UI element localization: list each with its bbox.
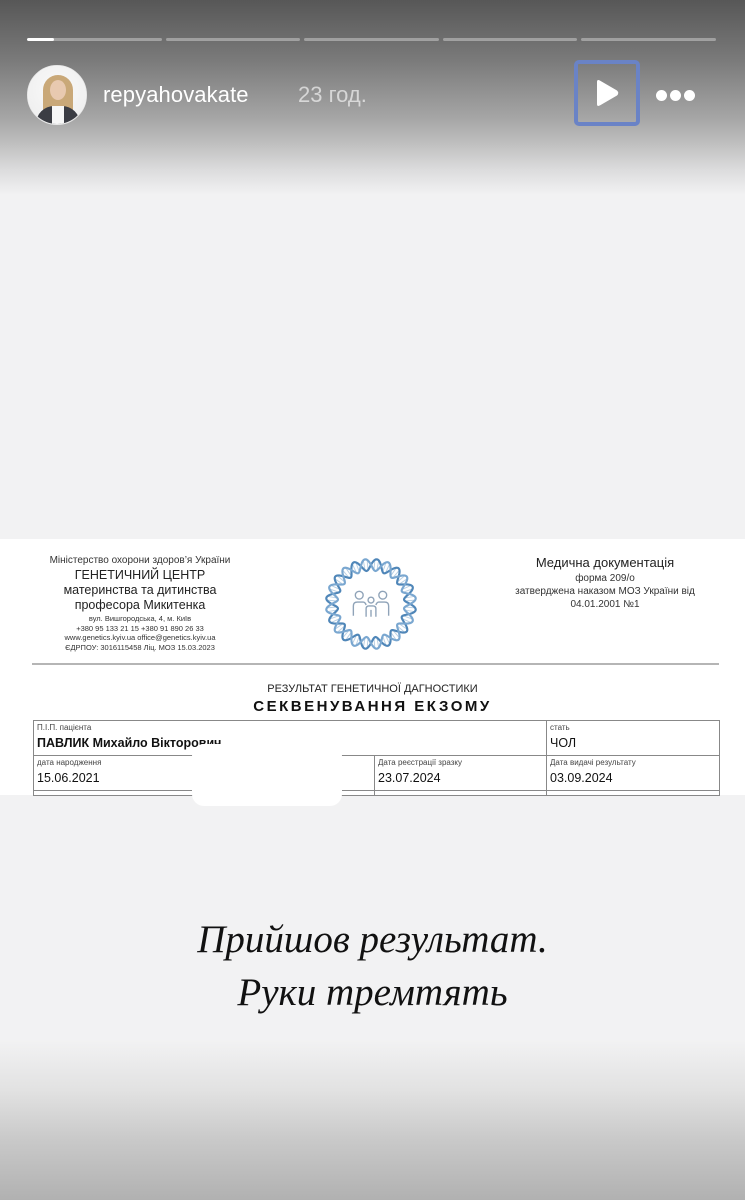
sex-label: стать: [550, 723, 716, 733]
progress-fill: [27, 38, 54, 41]
registration-date-label: Дата реєстрації зразку: [378, 758, 543, 768]
ministry-name: Міністерство охорони здоров’я України: [30, 555, 250, 566]
clinic-phones: +380 95 133 21 15 +380 91 890 26 33: [30, 624, 250, 634]
table-row: [34, 791, 720, 796]
clinic-web-email: www.genetics.kyiv.ua office@genetics.kyi…: [30, 633, 250, 643]
play-icon: [594, 79, 620, 107]
center-subtitle-2: професора Микитенка: [30, 598, 250, 612]
redaction-patch: [192, 744, 342, 806]
registration-date-value: 23.07.2024: [378, 770, 543, 787]
story-progress-bar: [27, 38, 716, 41]
clinic-address: вул. Вишгородська, 4, м. Київ: [30, 614, 250, 624]
dob-label: дата народження: [37, 758, 203, 768]
table-cell: [375, 791, 547, 796]
issue-date-cell: Дата видачі результату 03.09.2024: [547, 756, 720, 791]
story-caption: Прийшов результат. Руки тремтять: [0, 913, 745, 1019]
issue-date-value: 03.09.2024: [550, 770, 716, 787]
clinic-header: Міністерство охорони здоров’я України ГЕ…: [30, 555, 250, 652]
dob-value: 15.06.2021: [37, 770, 203, 787]
form-approval-date: 04.01.2001 №1: [495, 599, 715, 610]
table-cell: [547, 791, 720, 796]
result-subtitle: РЕЗУЛЬТАТ ГЕНЕТИЧНОЇ ДАГНОСТИКИ: [0, 683, 745, 695]
progress-segment: [27, 38, 162, 41]
story-viewer[interactable]: repyahovakate 23 год. Міністерство охоро…: [0, 0, 745, 1200]
clinic-registry: ЄДРПОУ: 3016115458 Ліц. МОЗ 15.03.2023: [30, 643, 250, 653]
caption-line-2: Руки тремтять: [0, 966, 745, 1019]
result-title: СЕКВЕНУВАННЯ ЕКЗОМУ: [0, 698, 745, 715]
play-button[interactable]: [574, 60, 640, 126]
caption-line-1: Прийшов результат.: [0, 913, 745, 966]
more-dot-icon: [684, 90, 695, 101]
avatar-face: [50, 80, 66, 100]
dna-family-logo-icon: [322, 555, 420, 653]
dob-cell: дата народження 15.06.2021: [34, 756, 207, 791]
table-row: П.І.П. пацієнта ПАВЛИК Михайло Вікторови…: [34, 721, 720, 756]
progress-segment: [304, 38, 439, 41]
issue-date-label: Дата видачі результату: [550, 758, 716, 768]
form-doc-title: Медична документація: [495, 555, 715, 570]
avatar[interactable]: [27, 65, 87, 125]
progress-segment: [443, 38, 578, 41]
document-photo: Міністерство охорони здоров’я України ГЕ…: [0, 539, 745, 795]
bottom-gradient-overlay: [0, 1040, 745, 1200]
form-approval: затверджена наказом МОЗ України від: [495, 586, 715, 597]
registration-date-cell: Дата реєстрації зразку 23.07.2024: [375, 756, 547, 791]
username-link[interactable]: repyahovakate: [103, 82, 249, 108]
header-divider: [32, 663, 719, 665]
patient-name-label: П.І.П. пацієнта: [37, 723, 543, 733]
progress-segment: [581, 38, 716, 41]
sex-cell: стать ЧОЛ: [547, 721, 720, 756]
table-cell: [34, 791, 207, 796]
more-options-button[interactable]: [656, 87, 698, 103]
progress-segment: [166, 38, 301, 41]
post-time: 23 год.: [298, 82, 367, 108]
form-number: форма 209/о: [495, 573, 715, 584]
more-dot-icon: [670, 90, 681, 101]
patient-info-table: П.І.П. пацієнта ПАВЛИК Михайло Вікторови…: [33, 720, 720, 796]
story-header: repyahovakate 23 год.: [27, 65, 716, 127]
center-subtitle-1: материнства та дитинства: [30, 583, 250, 597]
avatar-shirt: [52, 106, 64, 125]
more-dot-icon: [656, 90, 667, 101]
table-row: дата народження 15.06.2021 № ЕМ Дата реє…: [34, 756, 720, 791]
form-header: Медична документація форма 209/о затверд…: [495, 555, 715, 610]
center-name: ГЕНЕТИЧНИЙ ЦЕНТР: [30, 568, 250, 582]
sex-value: ЧОЛ: [550, 735, 716, 752]
